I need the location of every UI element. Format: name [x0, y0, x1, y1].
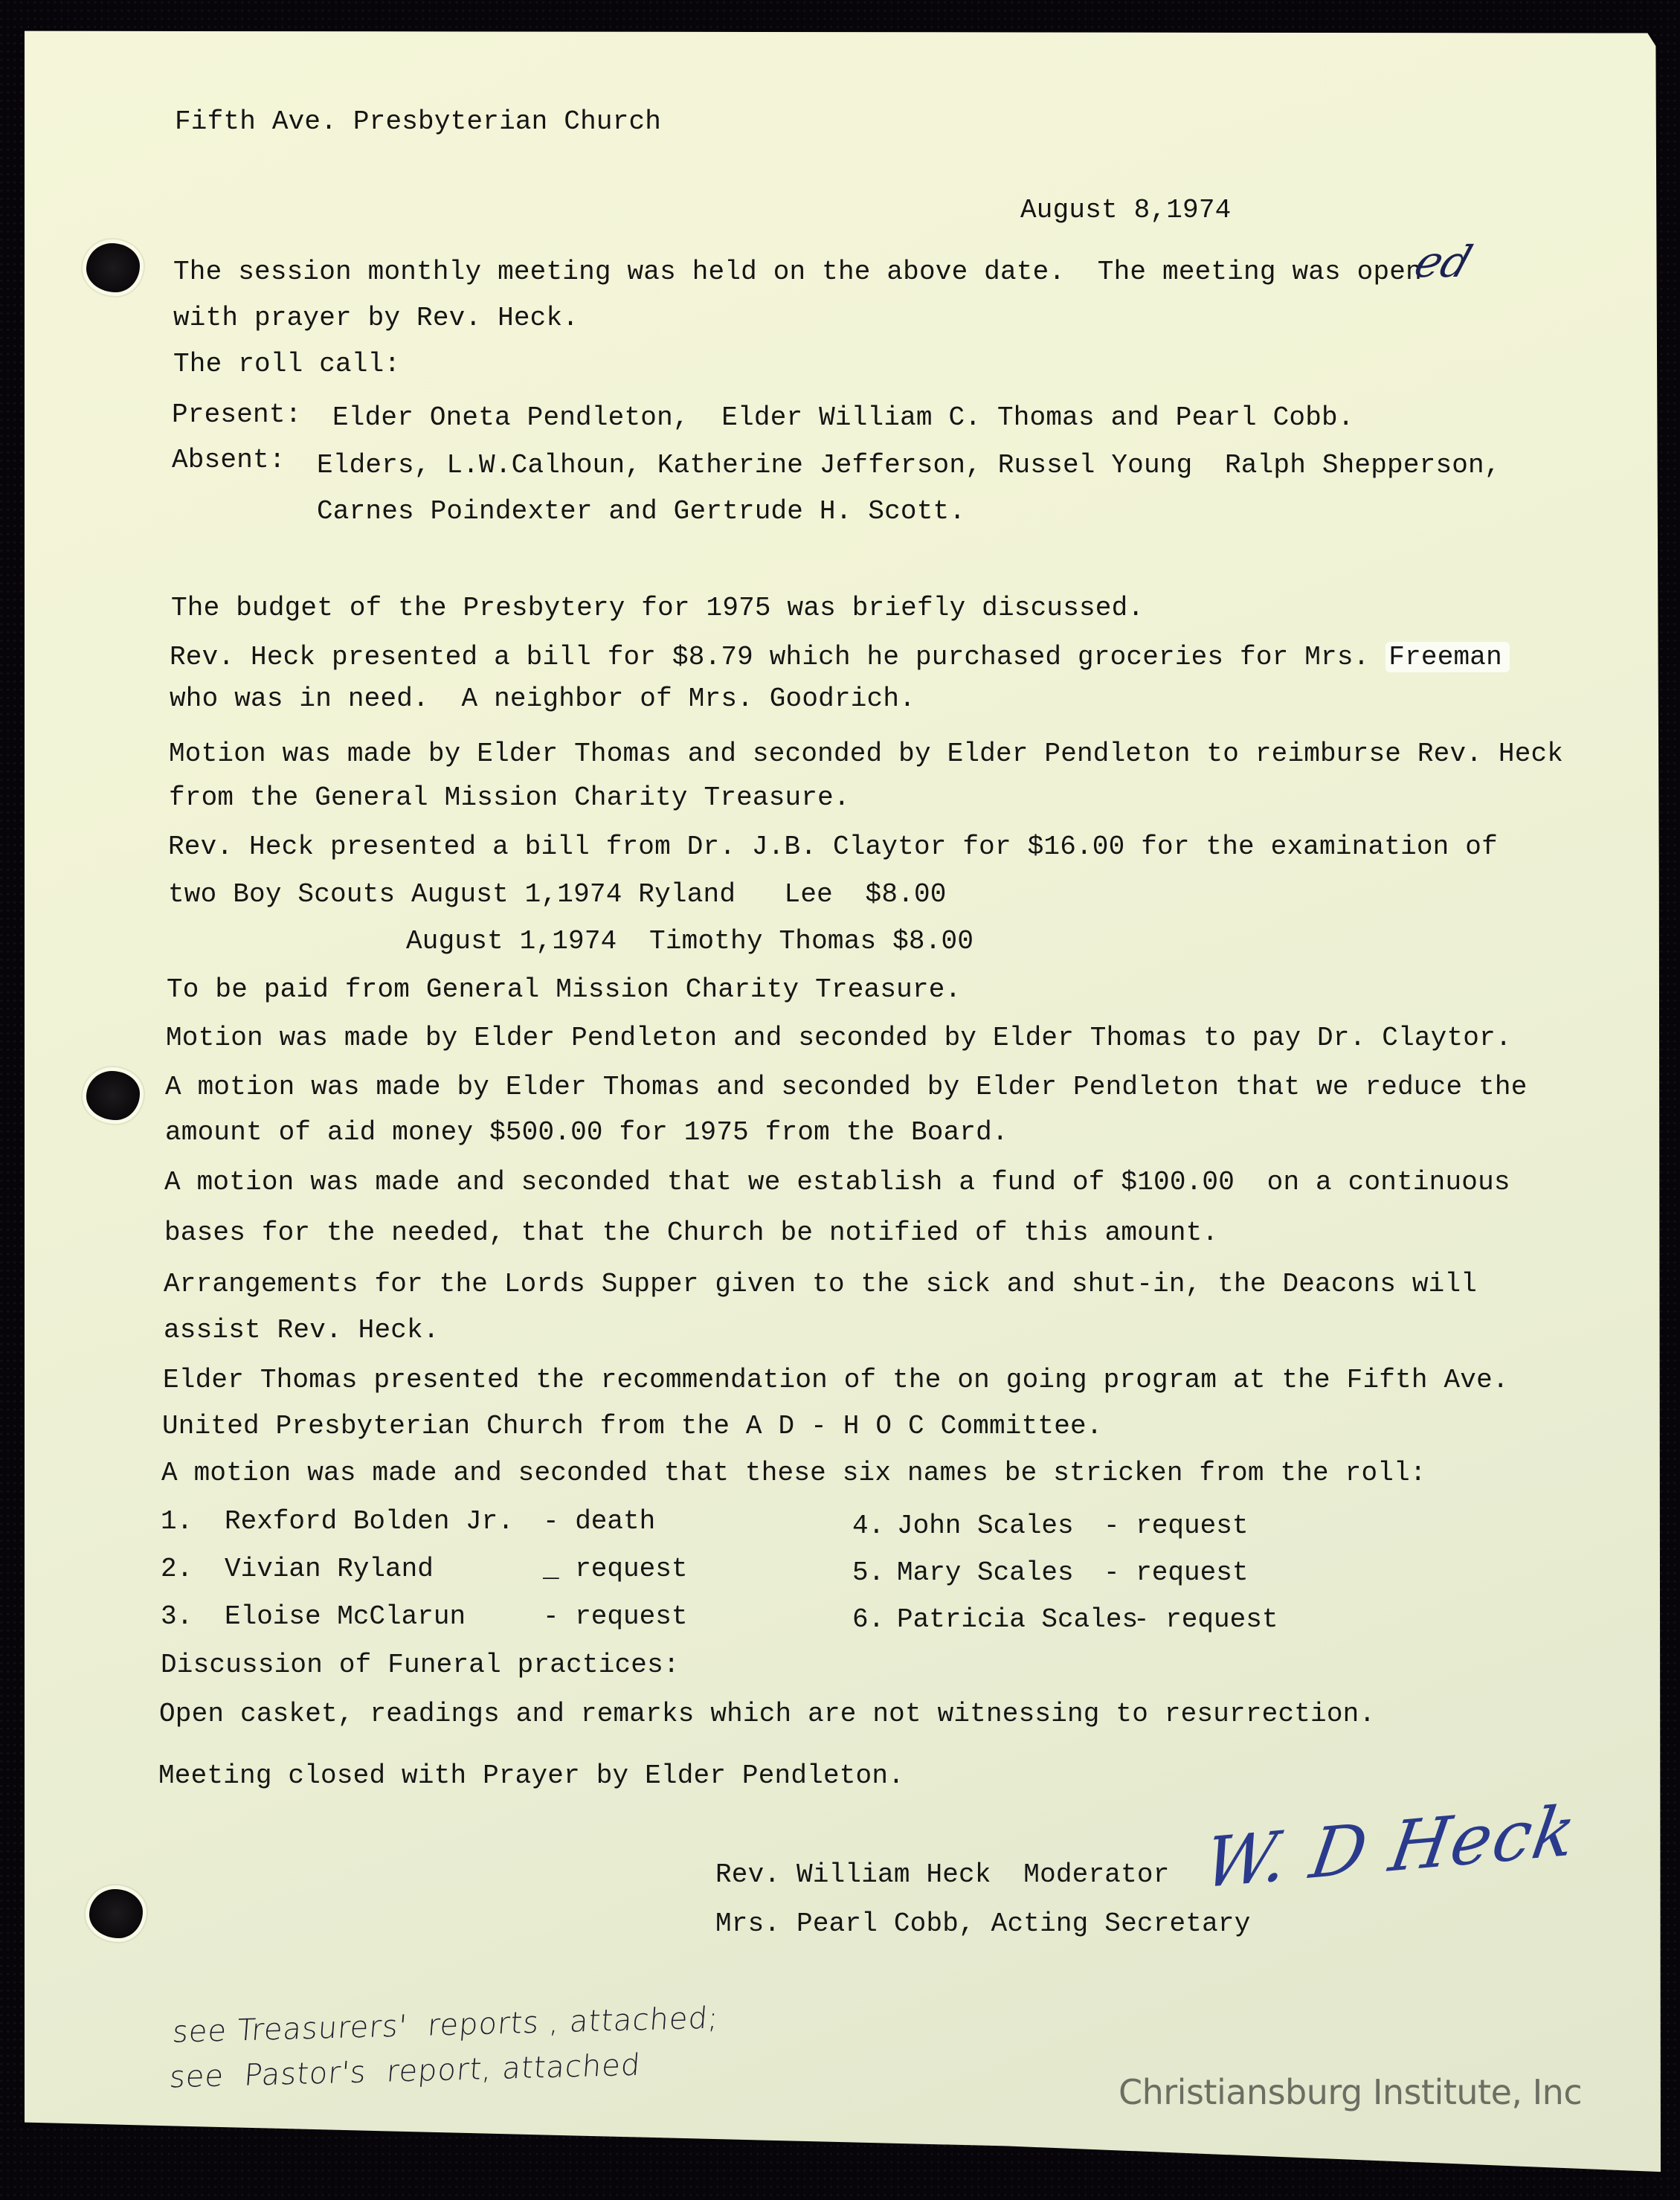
bill-2-line-b: two Boy Scouts August 1,1974 Ryland Lee … — [168, 881, 947, 908]
punch-hole-bottom — [89, 1889, 143, 1938]
punch-hole-middle — [86, 1071, 140, 1120]
recommendation-line-b: United Presbyterian Church from the A D … — [162, 1413, 1103, 1440]
closing-line: Meeting closed with Prayer by Elder Pend… — [158, 1763, 904, 1789]
meeting-date: August 8,1974 — [1020, 197, 1231, 224]
punch-hole-top — [86, 243, 140, 292]
item-reason: - request — [1104, 1513, 1248, 1540]
item-name: Eloise McClarun — [225, 1604, 466, 1630]
roll-call-heading: The roll call: — [173, 351, 400, 378]
item-reason: _ request — [543, 1556, 687, 1583]
motion-4-line-a: A motion was made and seconded that we e… — [164, 1169, 1510, 1196]
item-name: Mary Scales — [897, 1560, 1074, 1586]
absent-names-line-1: Elders, L.W.Calhoun, Katherine Jefferson… — [317, 452, 1501, 479]
bill-2-line-a: Rev. Heck presented a bill from Dr. J.B.… — [168, 834, 1498, 861]
item-reason: - request — [543, 1604, 687, 1630]
item-reason: - request — [1133, 1606, 1278, 1633]
bill-1-line-a: Rev. Heck presented a bill for $8.79 whi… — [170, 644, 1510, 671]
item-number: 5. — [852, 1560, 884, 1586]
secretary-line: Mrs. Pearl Cobb, Acting Secretary — [715, 1911, 1251, 1937]
moderator-line: Rev. William Heck Moderator — [715, 1862, 1170, 1888]
item-number: 1. — [161, 1508, 193, 1535]
motion-3-line-a: A motion was made by Elder Thomas and se… — [165, 1074, 1528, 1101]
stricken-item-6: 6. Patricia Scales - request — [852, 1606, 884, 1714]
item-reason: - death — [543, 1508, 655, 1535]
paid-from-line: To be paid from General Mission Charity … — [167, 977, 961, 1003]
absent-label: Absent: — [172, 447, 286, 474]
motion-4-line-b: bases for the needed, that the Church be… — [164, 1220, 1218, 1247]
opening-line-1: The session monthly meeting was held on … — [173, 259, 1422, 286]
item-name: Vivian Ryland — [225, 1556, 434, 1583]
item-number: 4. — [852, 1513, 884, 1540]
lords-supper-line-b: assist Rev. Heck. — [164, 1317, 440, 1344]
motion-1-line-b: from the General Mission Charity Treasur… — [169, 785, 850, 811]
stricken-intro-line: A motion was made and seconded that thes… — [161, 1460, 1426, 1487]
lords-supper-line-a: Arrangements for the Lords Supper given … — [164, 1271, 1477, 1298]
recommendation-line-a: Elder Thomas presented the recommendatio… — [163, 1367, 1509, 1394]
item-name: John Scales — [897, 1513, 1074, 1540]
bill-1-line-b: who was in need. A neighbor of Mrs. Good… — [170, 686, 915, 713]
motion-3-line-b: amount of aid money $500.00 for 1975 fro… — [165, 1119, 1008, 1146]
item-reason: - request — [1104, 1560, 1248, 1586]
bill-2-line-c: August 1,1974 Timothy Thomas $8.00 — [406, 928, 973, 955]
item-number: 3. — [161, 1604, 193, 1630]
item-number: 6. — [852, 1606, 884, 1633]
absent-names-line-2: Carnes Poindexter and Gertrude H. Scott. — [317, 498, 965, 525]
item-name: Rexford Bolden Jr. — [225, 1508, 514, 1535]
item-number: 2. — [161, 1556, 193, 1583]
motion-2-line: Motion was made by Elder Pendleton and s… — [166, 1025, 1512, 1052]
funeral-detail: Open casket, readings and remarks which … — [159, 1701, 1375, 1728]
archive-watermark: Christiansburg Institute, Inc — [1119, 2072, 1582, 2112]
item-name: Patricia Scales — [897, 1606, 1138, 1633]
funeral-heading: Discussion of Funeral practices: — [161, 1652, 680, 1679]
present-label: Present: — [172, 402, 301, 428]
present-names: Elder Oneta Pendleton, Elder William C. … — [332, 405, 1354, 431]
motion-1-line-a: Motion was made by Elder Thomas and seco… — [169, 741, 1563, 768]
budget-line: The budget of the Presbytery for 1975 wa… — [171, 595, 1144, 622]
opening-line-2: with prayer by Rev. Heck. — [173, 305, 579, 332]
bill-1-text: Rev. Heck presented a bill for $8.79 whi… — [170, 642, 1369, 672]
whiteout-correction-freeman: Freeman — [1385, 642, 1510, 672]
organization-name: Fifth Ave. Presbyterian Church — [175, 109, 661, 135]
